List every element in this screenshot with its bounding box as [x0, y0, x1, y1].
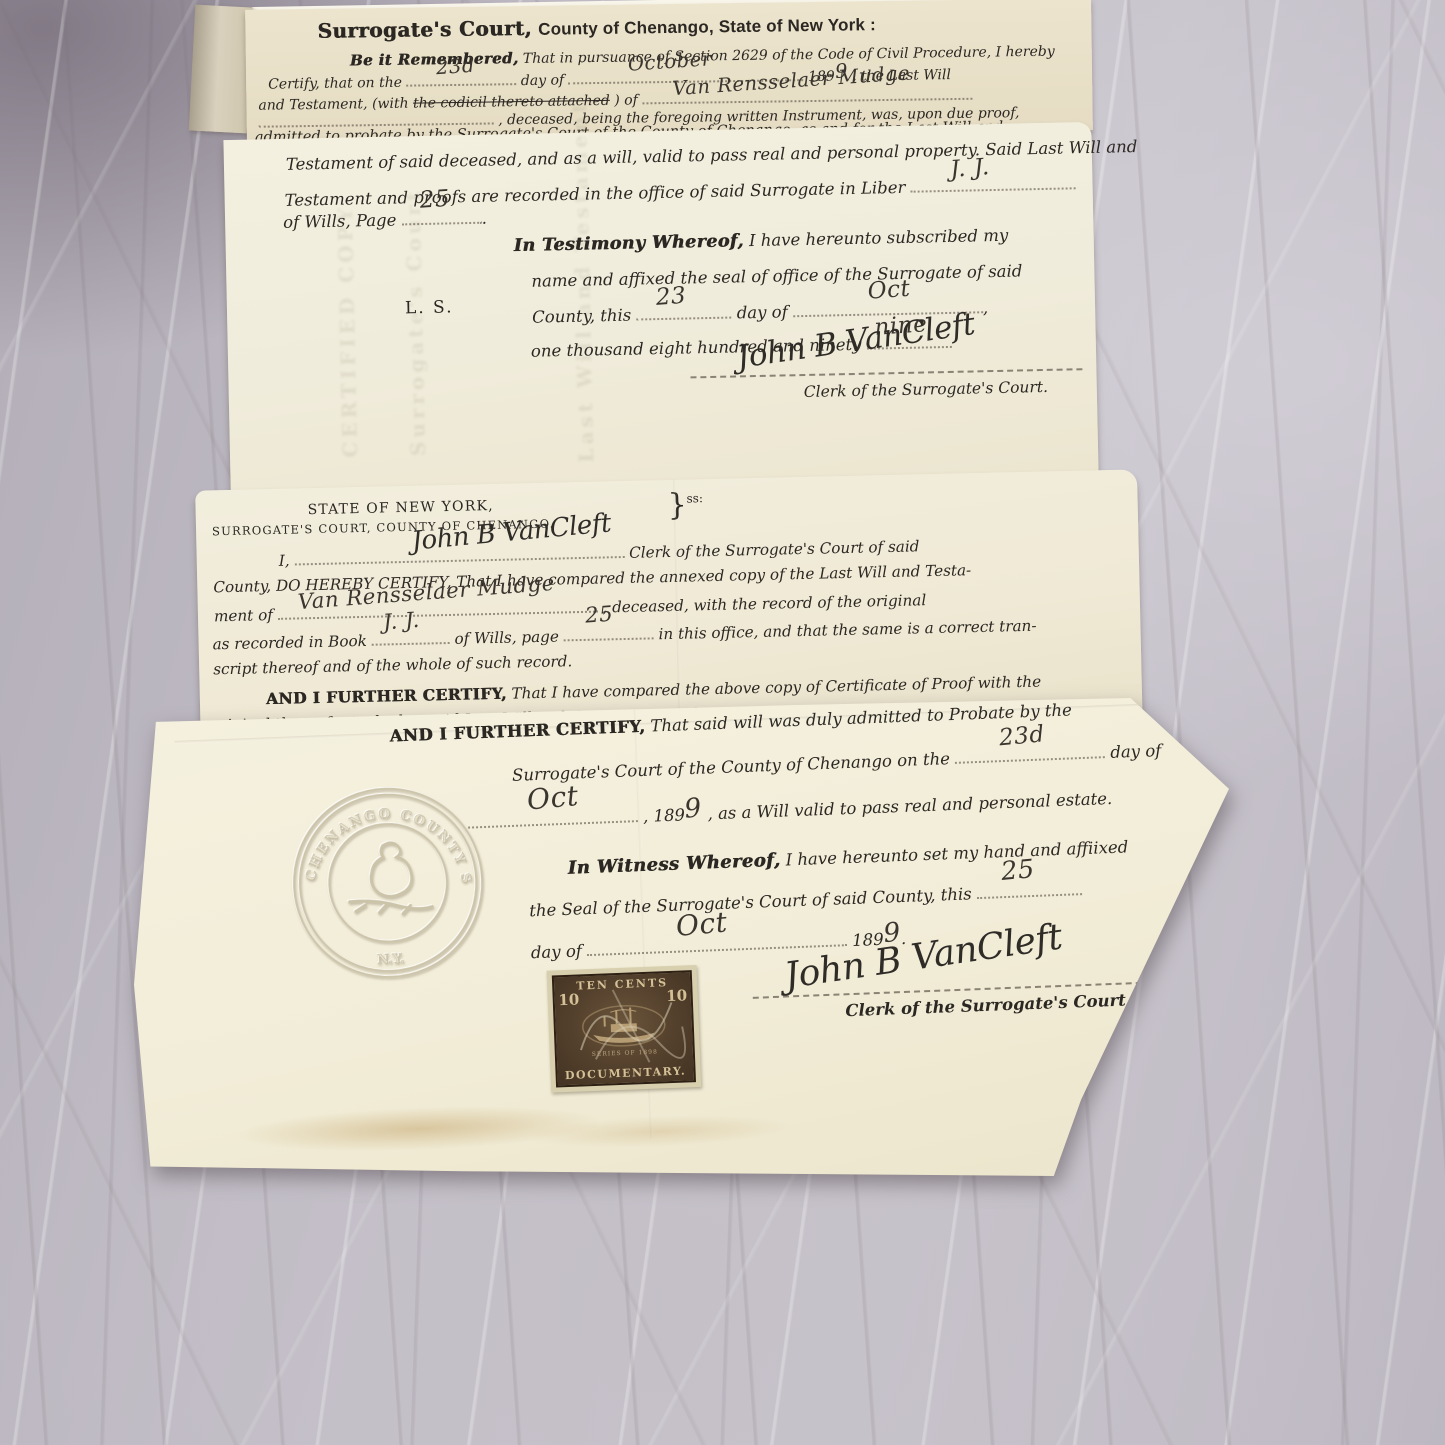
p1-line1-text: That in pursuance of Section 2629 of the… — [523, 44, 1055, 67]
hw-liber-jj: J. J. — [950, 167, 989, 170]
brace-glyph: } — [667, 488, 687, 523]
document-panel-witness: AND I FURTHER CERTIFY, That said will wa… — [134, 698, 1229, 1176]
hw-page-25: 25 — [419, 199, 449, 201]
blank-deceased-name: Van Rensselaer Mudge — [277, 598, 597, 620]
seal-eagle-icon — [347, 841, 432, 915]
p4-g2: Surrogate's Court of the County of Chena… — [512, 741, 1162, 785]
p4-w3a: day of — [531, 941, 583, 962]
p2-t3a: County, this — [532, 306, 631, 327]
in-testimony-whereof: In Testimony Whereof, — [513, 231, 743, 256]
ls-seal-mark: L. S. — [405, 297, 454, 318]
hw-probate-month: Oct — [527, 796, 578, 801]
in-witness-whereof: In Witness Whereof, — [567, 850, 780, 879]
p4-g3b: , as a Will valid to pass real and perso… — [707, 789, 1112, 824]
p2-t3b: day of — [737, 302, 788, 322]
p3-i4c: in this office, and that the same is a c… — [658, 617, 1036, 644]
p2-line3: of Wills, Page 25. — [283, 209, 487, 232]
hw-month-october: October — [628, 59, 712, 65]
documentary-revenue-stamp: TEN CENTS 10 10 SERIES — [547, 965, 702, 1093]
hw-probate-year: 9 — [685, 808, 702, 810]
p1-l2b: day of — [521, 72, 565, 89]
p2-t3c: , — [983, 298, 989, 317]
blank-page-2: 25 — [563, 624, 653, 641]
p2-l3-period: . — [481, 209, 487, 228]
embossed-county-seal: CHENANGO COUNTY SURROGATE SEAL N.Y. — [286, 781, 489, 984]
p2-t1-text: I have hereunto subscribed my — [749, 226, 1009, 250]
p3-i3b: , deceased, with the record of the origi… — [602, 591, 926, 616]
title-gothic: County of Chenango, State of New York : — [538, 15, 876, 39]
blank-name: Van Rensselaer Mudge — [642, 85, 972, 105]
p1-l3b: ) of — [614, 92, 638, 108]
be-it-remembered: Be it Remembered, — [350, 49, 519, 69]
hw-page-25-2: 25 — [585, 615, 613, 617]
title-script: Surrogate's Court, — [317, 16, 532, 43]
hw-name-van-rensselaer: Van Rensselaer Mudge — [672, 73, 910, 89]
blank-probate-day: 23d — [955, 743, 1105, 764]
clerk-title-1: Clerk of the Surrogate's Court. — [804, 378, 1049, 401]
p4-witness-line1: In Witness Whereof, I have hereunto set … — [567, 836, 1128, 879]
p4-w1-text: I have hereunto set my hand and affiixed — [785, 837, 1128, 869]
p4-g2a: Surrogate's Court of the County of Chena… — [512, 749, 951, 785]
p4-w2a: the Seal of the Surrogate's Court of sai… — [529, 884, 972, 920]
document-panel-header: Surrogate's Court, County of Chenango, S… — [245, 0, 1093, 142]
p3-i4a: as recorded in Book — [212, 632, 367, 653]
and-i-further-certify-2: AND I FURTHER CERTIFY, — [389, 717, 645, 746]
seal-ny-text: N.Y. — [377, 952, 405, 968]
blank-empty — [259, 109, 494, 127]
p2-l1-text: Testament of said deceased, and as a wil… — [286, 137, 1138, 174]
p3-i3a: ment of — [214, 606, 273, 625]
hw-witness-year: 9 — [883, 933, 900, 935]
ls-text: L. S. — [405, 297, 454, 318]
p3-i1b: Clerk of the Surrogate's Court of said — [629, 537, 920, 562]
p3-i4b: of Wills, page — [454, 628, 559, 648]
p1-l2a: Certify, that on the — [268, 75, 402, 93]
p4-g3: Oct , 1899 , as a Will valid to pass rea… — [468, 789, 1113, 833]
p3-i5: script thereof and of the whole of such … — [213, 652, 572, 678]
document-panel-testimony: CERTIFIED COPY Surrogate's Court Last Wi… — [223, 122, 1098, 492]
paper-edge-left-stack — [189, 5, 254, 134]
hw-witness-day: 25 — [1001, 869, 1034, 872]
document-title: Surrogate's Court, County of Chenango, S… — [317, 11, 876, 43]
p2-testimony-line2: name and affixed the seal of office of t… — [531, 261, 1022, 290]
hw-book-jj: J. J. — [383, 621, 419, 624]
hw-witness-month: Oct — [676, 922, 727, 927]
p2-t2-text: name and affixed the seal of office of t… — [531, 261, 1022, 290]
p4-witness-line2: the Seal of the Surrogate's Court of sai… — [529, 880, 1082, 920]
seal-inner-ring — [327, 822, 449, 944]
ss-label: ss: — [686, 491, 703, 505]
p2-l3-text: of Wills, Page — [283, 211, 397, 232]
clerk-title-2-text: Clerk of the Surrogate's Court. — [845, 990, 1132, 1020]
p2-line1: Testament of said deceased, and as a wil… — [286, 137, 1138, 174]
p3-i1a: I, — [279, 552, 290, 570]
clerk-title-1-text: Clerk of the Surrogate's Court. — [804, 378, 1049, 401]
blank-this-day: 23 — [636, 304, 731, 321]
blank-witness-day: 25 — [976, 880, 1081, 899]
clerk-title-2: Clerk of the Surrogate's Court. — [845, 990, 1132, 1020]
p2-l2-text: Testament and proofs are recorded in the… — [284, 178, 905, 210]
blank-day: 23d — [406, 70, 516, 87]
and-i-further-certify-1: AND I FURTHER CERTIFY, — [266, 684, 507, 708]
clerk-signature-2: John B VanCleft — [782, 917, 1065, 997]
bottom-panel-content: AND I FURTHER CERTIFY, That said will wa… — [133, 656, 1246, 1176]
hw-day-23d: 23d — [436, 66, 475, 69]
photo-of-probate-document: Surrogate's Court, County of Chenango, S… — [0, 0, 1445, 1445]
blank-probate-month: Oct — [468, 807, 638, 829]
state-line1-text: STATE OF NEW YORK, — [307, 498, 494, 518]
blank-page: 25 — [401, 209, 481, 226]
p3-f1-text: That I have compared the above copy of C… — [511, 673, 1041, 703]
blank-liber: J. J. — [910, 174, 1075, 192]
hw-month-oct: Oct — [868, 289, 911, 292]
blank-book: J. J. — [371, 629, 449, 646]
p3-i5-text: script thereof and of the whole of such … — [213, 652, 572, 678]
hw-day-23: 23 — [656, 296, 686, 298]
stamp-inner: TEN CENTS 10 10 SERIES — [552, 970, 696, 1087]
state-of-ny: STATE OF NEW YORK, — [307, 498, 494, 518]
hw-deceased-name: Van Rensselaer Mudge — [298, 584, 555, 603]
p4-g2b: day of — [1110, 741, 1162, 762]
hw-probate-day: 23d — [999, 734, 1044, 738]
p4-g3a: , 189 — [643, 805, 686, 826]
